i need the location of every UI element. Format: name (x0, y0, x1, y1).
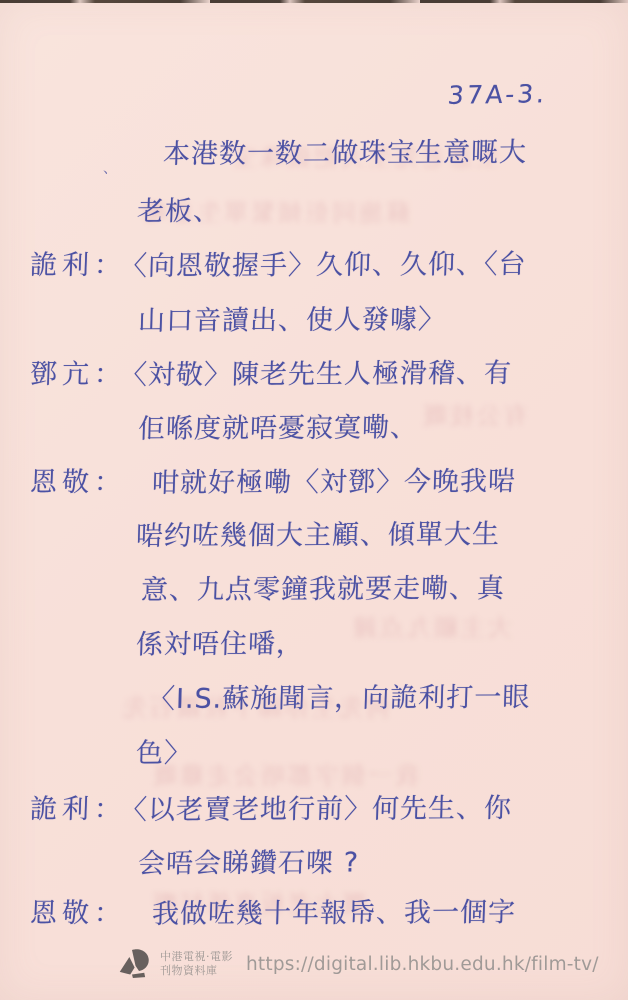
page-number: 37A-3. (447, 79, 549, 110)
speaker-name: 詭利： (29, 246, 126, 286)
library-name-line2: 刊物資料庫 (160, 964, 233, 978)
script-line: 恩敬： 咁就好極嘞〈対鄧〉今晚我啱 (0, 463, 628, 509)
speaker-name: 恩敬： (29, 463, 126, 503)
script-line: 詭利： 〈以老賣老地行前〉何先生、你 (0, 790, 628, 836)
stage-direction-text: 〈I.S.蘇施聞言，向詭利打一眼 (147, 678, 531, 720)
dialogue-text: 我做咗幾十年報帋、我一個字 (151, 893, 516, 935)
scan-edge-line (0, 0, 628, 3)
dialogue-text: 〈対敬〉陳老先生人極滑稽、有 (119, 354, 512, 396)
dialogue-text: 〈以老賣老地行前〉何先生、你 (119, 789, 512, 831)
script-line: 恩敬： 我做咗幾十年報帋、我一個字 (0, 894, 628, 940)
script-line: 本港数一数二做珠宝生意嘅大 (0, 134, 628, 180)
dialogue-text: 佢喺度就唔憂寂寞嘞、 (137, 408, 418, 449)
script-line: 係対唔住噃， (0, 625, 628, 671)
library-name: 中港電視·電影 刊物資料庫 (160, 950, 233, 979)
film-camera-logo-icon (118, 948, 153, 980)
script-line: 鄧亢： 〈対敬〉陳老先生人極滑稽、有 (0, 355, 628, 401)
script-line: 色〉 (0, 734, 628, 780)
dialogue-text: 意、九点零鐘我就要走嘞、真 (140, 569, 505, 611)
library-url: https://digital.lib.hkbu.edu.hk/film-tv/ (246, 954, 599, 975)
script-line: 啱约咗幾個大主顧、傾單大生 (0, 516, 628, 562)
library-name-line1: 中港電視·電影 (160, 950, 233, 964)
script-line: 詭利： 〈向恩敬握手〉久仰、久仰、〈台 (0, 246, 628, 292)
script-line: 佢喺度就唔憂寂寞嘞、 (0, 409, 628, 455)
stage-direction-text: 色〉 (135, 734, 192, 774)
dialogue-text: 山口音讀出、使人發噱〉 (137, 300, 446, 342)
script-line: 老板、 (0, 192, 628, 238)
script-line: 山口音讀出、使人發噱〉 (0, 301, 628, 347)
dialogue-text: 〈向恩敬握手〉久仰、久仰、〈台 (119, 245, 527, 287)
dialogue-text: 会唔会睇鑽石㗎 ? (137, 843, 359, 884)
dialogue-text: 本港数一数二做珠宝生意嘅大 (162, 133, 527, 175)
library-watermark: 中港電視·電影 刊物資料庫 https://digital.lib.hkbu.e… (118, 948, 599, 980)
script-line: 〈I.S.蘇施聞言，向詭利打一眼 (0, 679, 628, 725)
script-line: 意、九点零鐘我就要走嘞、真 (0, 570, 628, 616)
dialogue-text: 咁就好極嘞〈対鄧〉今晚我啱 (151, 462, 516, 504)
dialogue-text: 老板、 (136, 192, 221, 232)
speaker-name: 鄧亢： (29, 355, 126, 395)
dialogue-text: 係対唔住噃， (135, 625, 304, 666)
script-line: 会唔会睇鑽石㗎 ? (0, 844, 628, 890)
manuscript-page: 生意老先生大把做珠宝 蘇施同佢傾緊單生意嘞 有公枝嘅 大主顧九点鐘 何先生你睇下… (0, 0, 628, 1000)
dialogue-text: 啱约咗幾個大主顧、傾單大生 (135, 515, 500, 557)
speaker-name: 詭利： (29, 790, 126, 830)
speaker-name: 恩敬： (29, 894, 126, 934)
